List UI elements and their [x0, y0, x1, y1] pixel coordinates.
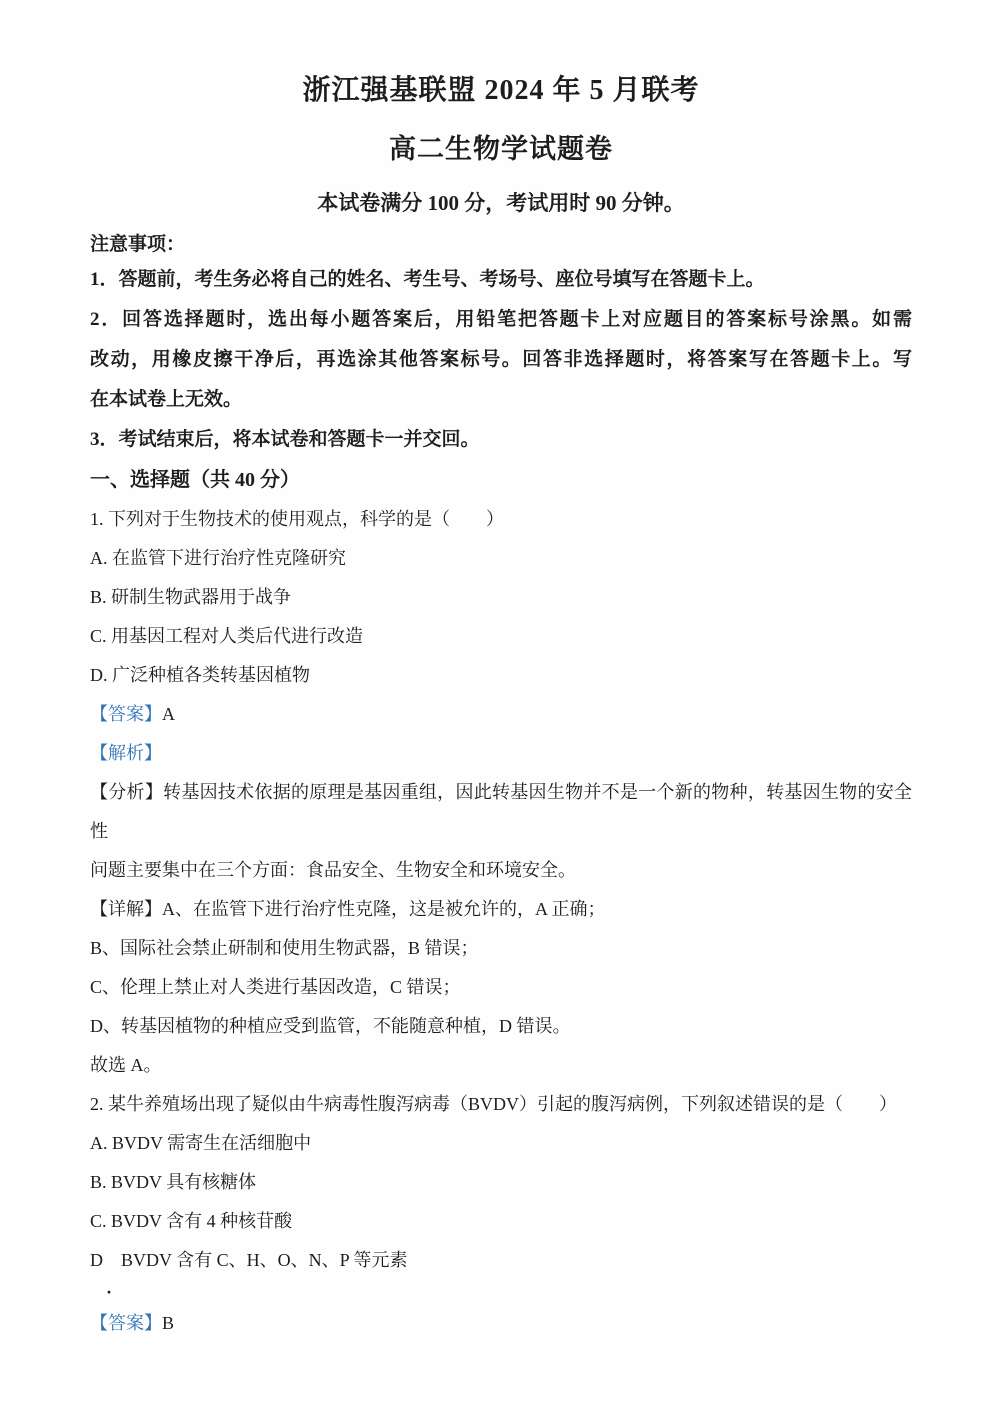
notice-heading: 注意事项： [90, 230, 912, 260]
question-2-option-c: C. BVDV 含有 4 种核苷酸 [90, 1202, 912, 1241]
question-2: 2. 某牛养殖场出现了疑似由牛病毒性腹泻病毒（BVDV）引起的腹泻病例，下列叙述… [90, 1085, 912, 1343]
question-1-option-b: B. 研制生物武器用于战争 [90, 578, 912, 617]
question-1-option-a: A. 在监管下进行治疗性克隆研究 [90, 539, 912, 578]
exam-title: 浙江强基联盟 2024 年 5 月联考 [90, 72, 912, 110]
question-2-option-d: D BVDV 含有 C、H、O、N、P 等元素 [90, 1241, 912, 1280]
section-heading-choice: 一、选择题（共 40 分） [90, 460, 912, 500]
question-1-option-d: D. 广泛种植各类转基因植物 [90, 656, 912, 695]
analysis-label: 【解析】 [90, 743, 162, 763]
notice-item-2-line-2: 改动，用橡皮擦干净后，再选涂其他答案标号。回答非选择题时，将答案写在答题卡上。写 [90, 340, 912, 380]
answer-label: 【答案】 [90, 704, 162, 724]
notice-item-3: 3．考试结束后，将本试卷和答题卡一并交回。 [90, 420, 912, 460]
question-1-stem: 1. 下列对于生物技术的使用观点，科学的是（ ） [90, 500, 912, 539]
question-1-detail-line-c: C、伦理上禁止对人类进行基因改造，C 错误； [90, 968, 912, 1007]
question-2-option-b: B. BVDV 具有核糖体 [90, 1163, 912, 1202]
paper-title: 高二生物学试题卷 [90, 130, 912, 168]
exam-paper-page: 浙江强基联盟 2024 年 5 月联考 高二生物学试题卷 本试卷满分 100 分… [0, 0, 1000, 1414]
exam-info: 本试卷满分 100 分，考试用时 90 分钟。 [90, 188, 912, 218]
question-2-answer: B [162, 1313, 174, 1333]
question-1-detail-line-d: D、转基因植物的种植应受到监管，不能随意种植，D 错误。 [90, 1007, 912, 1046]
notice-item-2-line-3: 在本试卷上无效。 [90, 380, 912, 420]
question-2-stem: 2. 某牛养殖场出现了疑似由牛病毒性腹泻病毒（BVDV）引起的腹泻病例，下列叙述… [90, 1085, 912, 1124]
notice-item-1: 1．答题前，考生务必将自己的姓名、考生号、考场号、座位号填写在答题卡上。 [90, 260, 912, 300]
question-1-answer-line: 【答案】A [90, 695, 912, 734]
answer-label: 【答案】 [90, 1313, 162, 1333]
analysis-text: 转基因技术依据的原理是基因重组，因此转基因生物并不是一个新的物种，转基因生物的安… [90, 782, 912, 841]
question-1-analysis-label-line: 【解析】 [90, 734, 912, 773]
question-1-analysis-line-1: 【分析】转基因技术依据的原理是基因重组，因此转基因生物并不是一个新的物种，转基因… [90, 773, 912, 851]
question-1-analysis-line-2: 问题主要集中在三个方面：食品安全、生物安全和环境安全。 [90, 851, 912, 890]
question-2-answer-line: 【答案】B [90, 1304, 912, 1343]
detail-text-a: A、在监管下进行治疗性克隆，这是被允许的，A 正确； [162, 899, 606, 919]
question-1-detail-line-b: B、国际社会禁止研制和使用生物武器，B 错误； [90, 929, 912, 968]
stray-mark: · [90, 1280, 912, 1304]
question-1-detail-line-a: 【详解】A、在监管下进行治疗性克隆，这是被允许的，A 正确； [90, 890, 912, 929]
question-2-option-a: A. BVDV 需寄生在活细胞中 [90, 1124, 912, 1163]
question-1-option-c: C. 用基因工程对人类后代进行改造 [90, 617, 912, 656]
question-1-answer: A [162, 704, 175, 724]
page-content: 浙江强基联盟 2024 年 5 月联考 高二生物学试题卷 本试卷满分 100 分… [0, 0, 1000, 1343]
detail-tag: 【详解】 [90, 899, 162, 919]
analysis-tag: 【分析】 [90, 782, 163, 802]
question-1: 1. 下列对于生物技术的使用观点，科学的是（ ） A. 在监管下进行治疗性克隆研… [90, 500, 912, 1085]
question-1-conclusion: 故选 A。 [90, 1046, 912, 1085]
notice-item-2-line-1: 2．回答选择题时，选出每小题答案后，用铅笔把答题卡上对应题目的答案标号涂黑。如需 [90, 300, 912, 340]
